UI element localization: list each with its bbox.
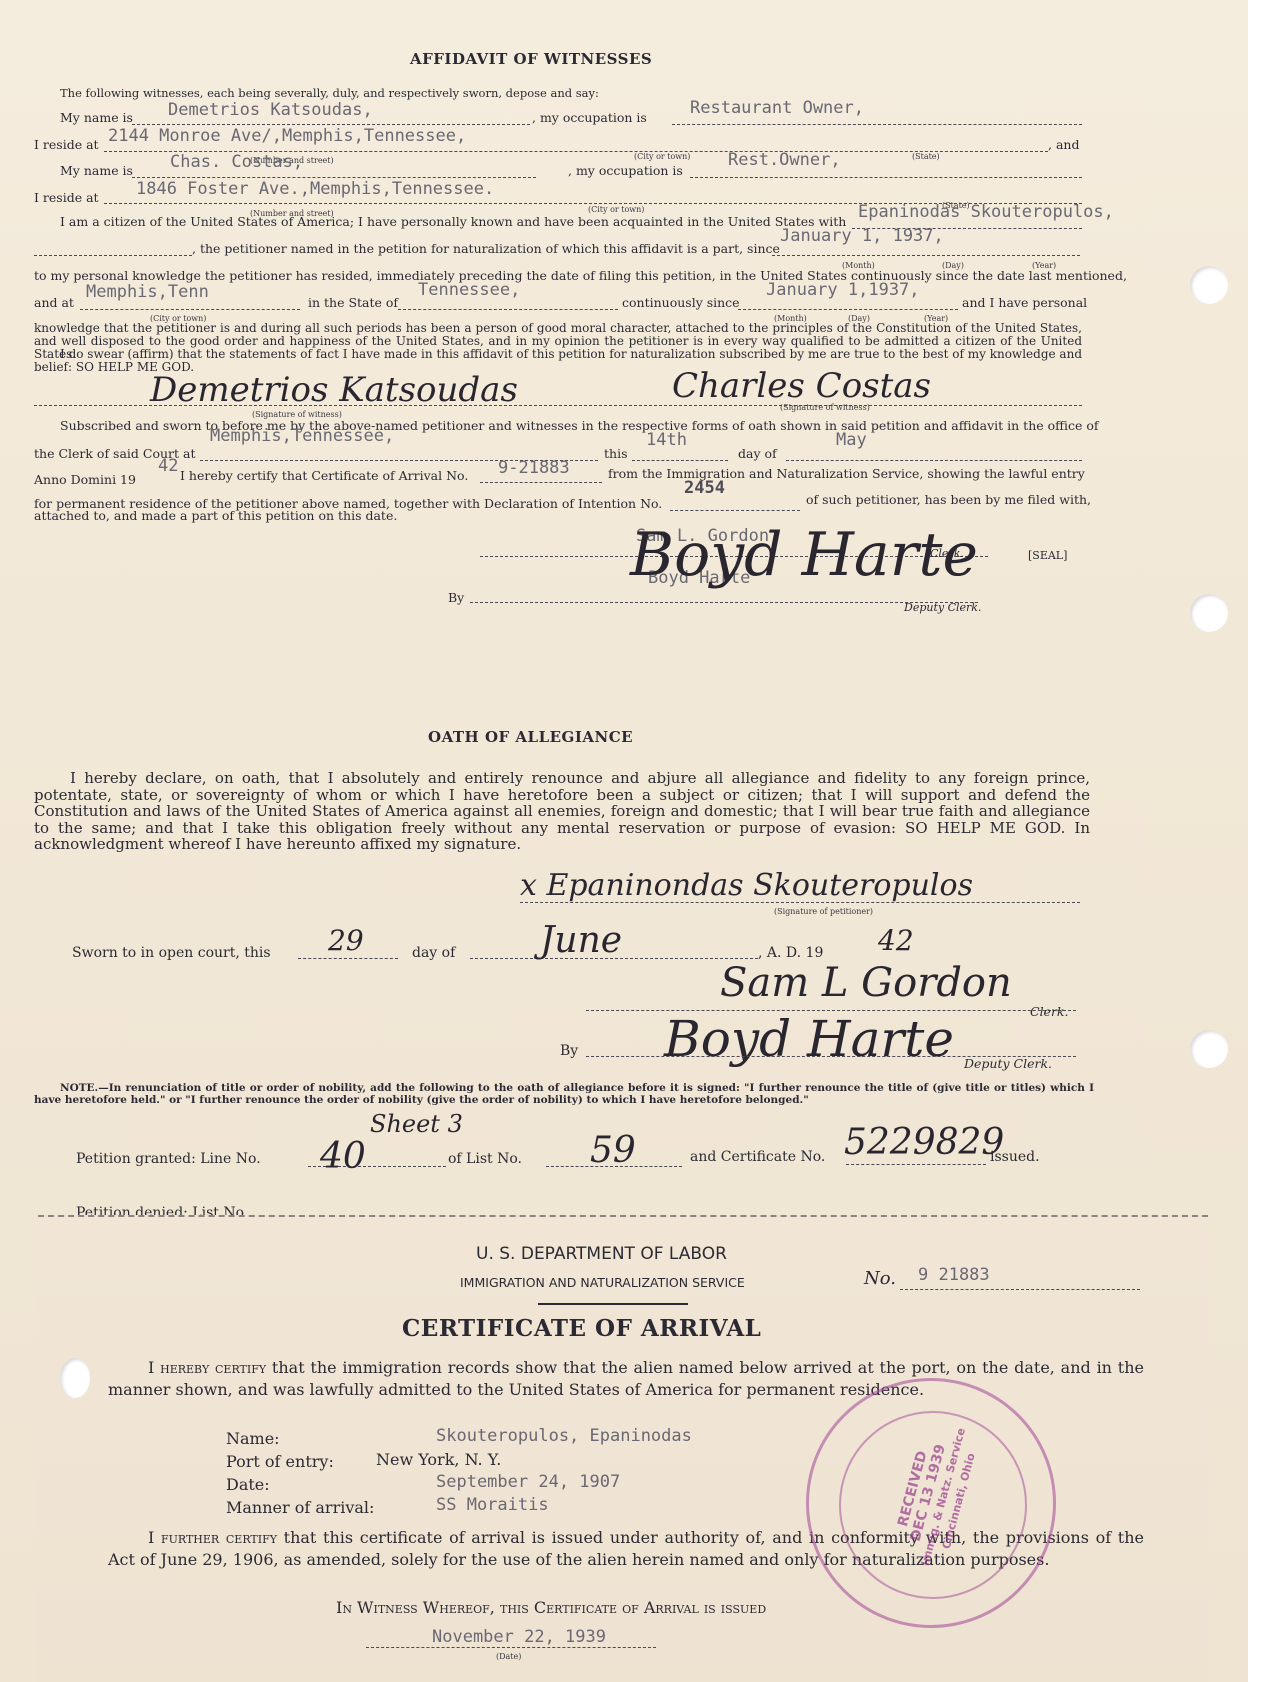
- petitioner-signature: x Epaninondas Skouteropulos: [520, 868, 973, 903]
- ad-label: , A. D. 19: [758, 946, 823, 961]
- of-list-label: of List No.: [448, 1152, 522, 1167]
- field-manner: Manner of arrival: SS Moraitis: [226, 1498, 374, 1521]
- witness2-name: Chas. Costas,: [170, 152, 303, 172]
- clerk-signature: Sam L Gordon: [720, 960, 1012, 1006]
- arrival-number: 9-21883: [498, 458, 570, 478]
- and-at-label: and at: [34, 295, 74, 310]
- granted-label: Petition granted: Line No.: [76, 1152, 261, 1167]
- oath-text: I hereby declare, on oath, that I absolu…: [34, 770, 1090, 853]
- day-of-label: day of: [738, 446, 777, 461]
- petitioner-signature-label: (Signature of petitioner): [774, 904, 873, 919]
- punch-hole: [60, 1358, 90, 1398]
- year-value: 42: [158, 456, 178, 476]
- further-lead: I further certify: [148, 1528, 277, 1547]
- cert-number: 9 21883: [918, 1265, 990, 1285]
- since-date: January 1, 1937,: [780, 226, 944, 246]
- divider: [538, 1303, 688, 1305]
- court-location: Memphis,Tennessee,: [210, 426, 394, 446]
- field-name: Name: Skouteropulos, Epaninodas: [226, 1429, 374, 1452]
- reside-label-1: I reside at: [34, 137, 99, 152]
- in-state-of-label: in the State of: [308, 295, 398, 310]
- from-text: from the Immigration and Naturalization …: [608, 466, 1085, 481]
- by-label: By: [448, 590, 464, 605]
- certify-text: I hereby certify that Certificate of Arr…: [180, 468, 468, 483]
- personal-text: and I have personal: [962, 295, 1087, 310]
- date-label: (Date): [496, 1649, 521, 1664]
- list-number: 59: [590, 1130, 636, 1171]
- occupation-label-2: , my occupation is: [568, 163, 683, 178]
- witness2-address: 1846 Foster Ave.,Memphis,Tennessee.: [136, 179, 494, 199]
- issue-date: November 22, 1939: [432, 1627, 606, 1647]
- occupation-label-1: , my occupation is: [532, 110, 647, 125]
- my-name-label-1: My name is: [60, 110, 133, 125]
- cert-no-label: No.: [864, 1271, 896, 1286]
- punch-hole: [1190, 266, 1228, 304]
- reside-label-2: I reside at: [34, 190, 99, 205]
- document-page: AFFIDAVIT OF WITNESSES The following wit…: [0, 0, 1250, 1682]
- sworn-year: 42: [878, 924, 914, 957]
- witness1-signature: Demetrios Katsoudas: [150, 370, 518, 410]
- this-label: this: [604, 446, 628, 461]
- nobility-note: NOTE.—In renunciation of title or order …: [34, 1082, 1094, 1106]
- oath-clerk-label: Clerk.: [1030, 1004, 1068, 1019]
- affidavit-intro: The following witnesses, each being seve…: [60, 86, 599, 101]
- page-edge: [1248, 0, 1272, 1682]
- witness1-occupation: Restaurant Owner,: [690, 98, 864, 118]
- oath-deputy-label: Deputy Clerk.: [964, 1056, 1052, 1071]
- residence-state: Tennessee,: [418, 280, 520, 300]
- line-number: 40: [320, 1136, 366, 1177]
- cert-title: CERTIFICATE OF ARRIVAL: [402, 1315, 761, 1343]
- day-value: 14th: [646, 430, 687, 450]
- arrival-fields: Name: Skouteropulos, Epaninodas Port of …: [226, 1429, 374, 1521]
- filed-text: of such petitioner, has been by me filed…: [806, 492, 1091, 507]
- knowledge-text: to my personal knowledge the petitioner …: [34, 268, 1127, 283]
- continuous-date: January 1,1937,: [766, 280, 920, 300]
- affidavit-title: AFFIDAVIT OF WITNESSES: [410, 52, 652, 67]
- field-date: Date: September 24, 1907: [226, 1475, 374, 1498]
- field-port: Port of entry: New York, N. Y.: [226, 1452, 374, 1475]
- issued-label: issued.: [990, 1150, 1040, 1165]
- witness1-name: Demetrios Katsoudas,: [168, 100, 373, 120]
- oath-title: OATH OF ALLEGIANCE: [428, 730, 633, 745]
- sworn-day: 29: [328, 924, 364, 957]
- petitioner-text: , the petitioner named in the petition f…: [192, 241, 780, 256]
- anno-domini-label: Anno Domini 19: [34, 472, 136, 487]
- citizen-text: I am a citizen of the United States of A…: [60, 214, 846, 229]
- deputy-signature-1: Boyd Harte: [630, 520, 978, 590]
- certificate-number: 5229829: [844, 1122, 1004, 1163]
- seal-label: [SEAL]: [1028, 548, 1067, 563]
- sworn-day-of: day of: [412, 946, 455, 961]
- certify-lead: I hereby certify: [148, 1358, 266, 1377]
- and-text: , and: [1048, 137, 1079, 152]
- oath-by-label: By: [560, 1044, 578, 1059]
- witness1-address: 2144 Monroe Ave/,Memphis,Tennessee,: [108, 126, 466, 146]
- my-name-label-2: My name is: [60, 163, 133, 178]
- cert-no-label: and Certificate No.: [690, 1150, 825, 1165]
- signature-label-2: (Signature of witness): [780, 400, 870, 415]
- oath-deputy-signature: Boyd Harte: [664, 1010, 954, 1068]
- dept-label: U. S. DEPARTMENT OF LABOR: [476, 1247, 727, 1262]
- witness-whereof: In Witness Whereof, this Certificate of …: [336, 1600, 766, 1615]
- sworn-text: Sworn to in open court, this: [72, 946, 271, 961]
- witness2-occupation: Rest.Owner,: [728, 150, 841, 170]
- attached-text: attached to, and made a part of this pet…: [34, 508, 397, 523]
- deputy-clerk-label: Deputy Clerk.: [904, 600, 981, 615]
- punch-hole: [1190, 594, 1228, 632]
- sworn-month: June: [540, 920, 622, 961]
- label-state: (State): [912, 149, 940, 164]
- label-city: (City or town): [634, 149, 690, 164]
- petitioner-name: Epaninodas Skouteropulos,: [858, 202, 1114, 222]
- declaration-number: 2454: [684, 478, 725, 498]
- service-label: IMMIGRATION AND NATURALIZATION SERVICE: [460, 1275, 745, 1290]
- continuously-since-label: continuously since: [622, 295, 740, 310]
- received-stamp: RECEIVED DEC 13 1939 Immig. & Natz. Serv…: [806, 1378, 1056, 1628]
- residence-city: Memphis,Tenn: [86, 282, 209, 302]
- punch-hole: [1190, 1030, 1228, 1068]
- month-value: May: [836, 430, 867, 450]
- sheet-note: Sheet 3: [370, 1110, 463, 1138]
